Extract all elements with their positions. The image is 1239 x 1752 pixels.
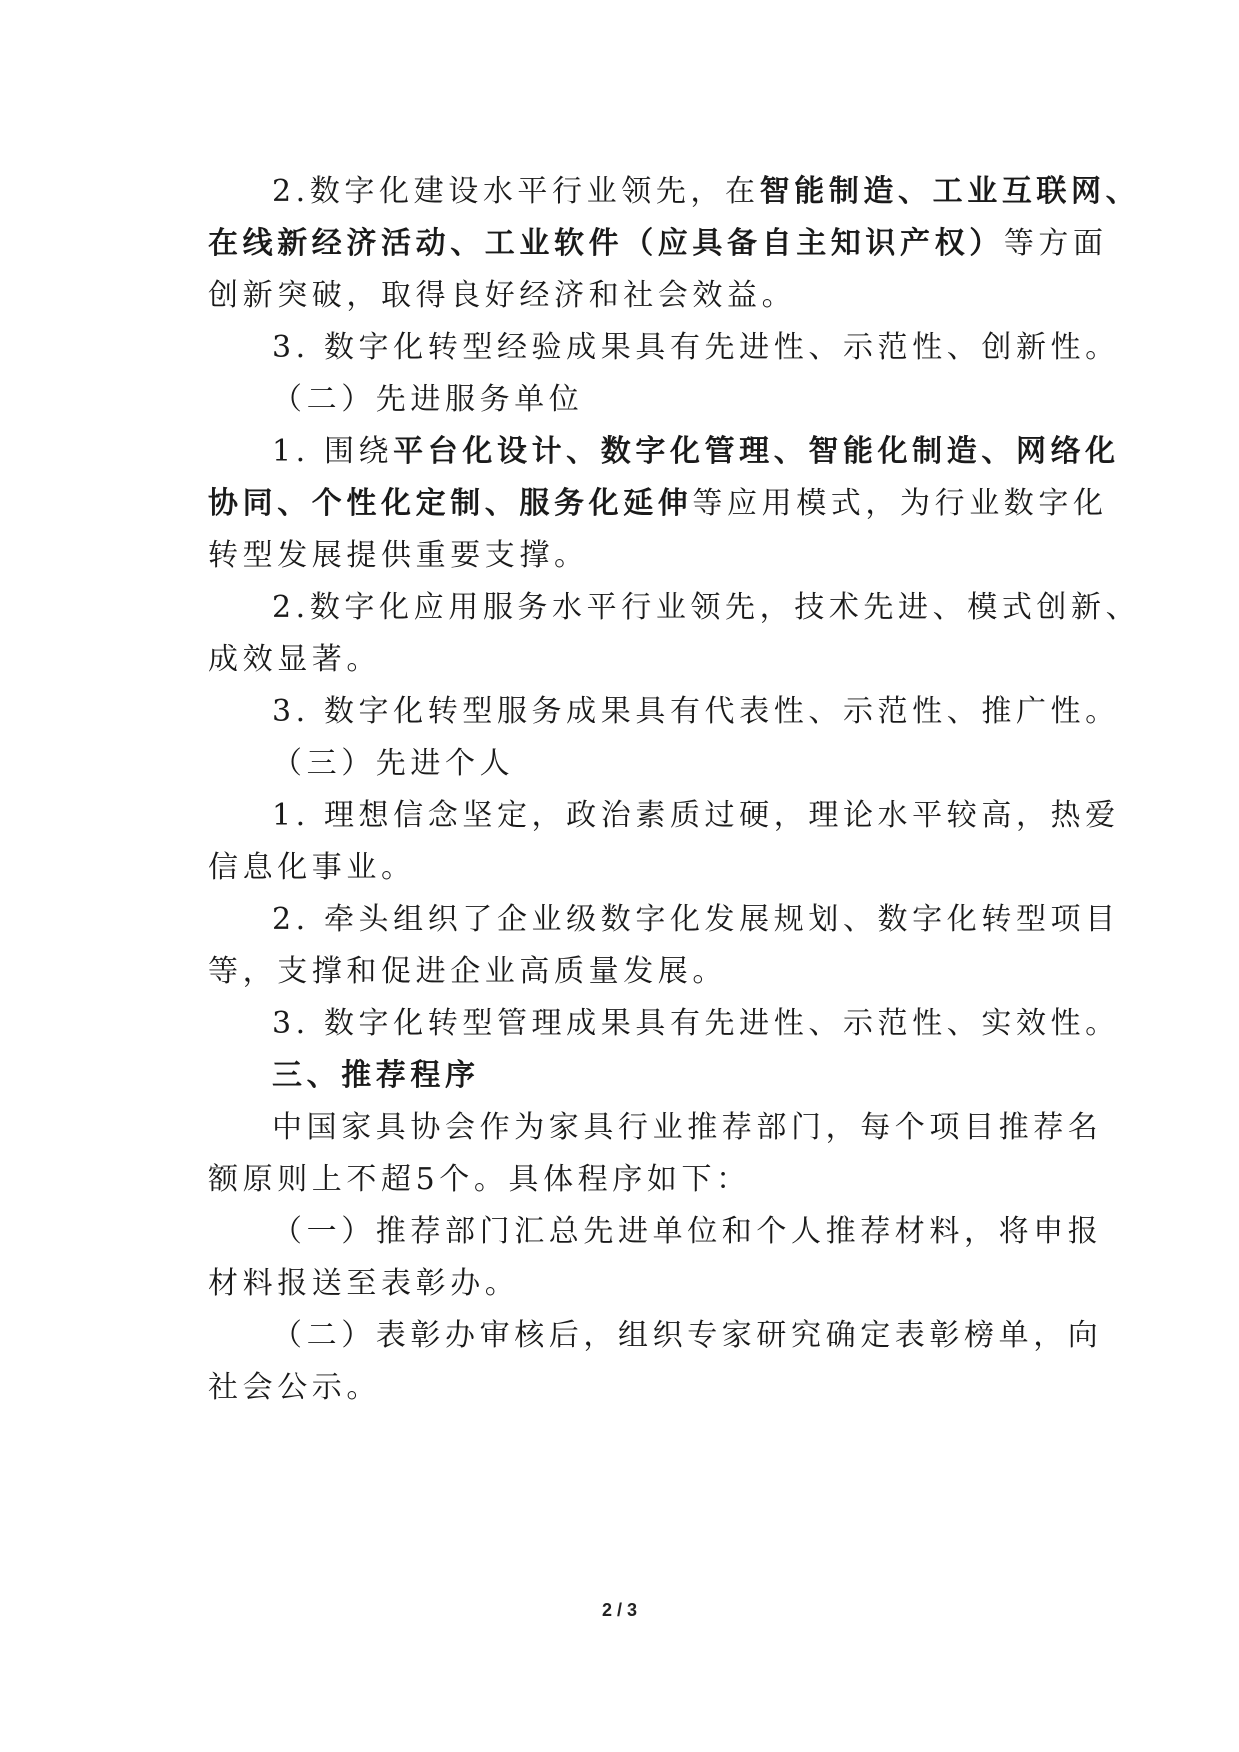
paragraph-line: 创新突破，取得良好经济和社会效益。 [208, 276, 1038, 316]
paragraph-line: （一）推荐部门汇总先进单位和个人推荐材料，将申报 [272, 1212, 1102, 1252]
bold-text: 在线新经济活动、工业软件（应具备自主知识产权） [208, 226, 1004, 261]
document-page: 2.数字化建设水平行业领先，在智能制造、工业互联网、 在线新经济活动、工业软件（… [0, 0, 1239, 1752]
text: 等方面 [1004, 226, 1108, 261]
paragraph-line: 2.数字化应用服务水平行业领先，技术先进、模式创新、 [272, 588, 1102, 628]
paragraph-line: 材料报送至表彰办。 [208, 1264, 1038, 1304]
paragraph-line: 2. 牵头组织了企业级数字化发展规划、数字化转型项目 [272, 900, 1102, 940]
paragraph-line: 中国家具协会作为家具行业推荐部门，每个项目推荐名 [272, 1108, 1102, 1148]
paragraph-line: （二）表彰办审核后，组织专家研究确定表彰榜单，向 [272, 1316, 1102, 1356]
paragraph-line: 3. 数字化转型管理成果具有先进性、示范性、实效性。 [272, 1004, 1102, 1044]
paragraph-line: 额原则上不超5个。具体程序如下： [208, 1160, 1038, 1200]
paragraph-line: 协同、个性化定制、服务化延伸等应用模式，为行业数字化 [208, 484, 1038, 524]
paragraph-line: 成效显著。 [208, 640, 1038, 680]
bold-text: 平台化设计、数字化管理、智能化制造、网络化 [393, 434, 1120, 469]
subsection-heading: （二）先进服务单位 [272, 380, 1102, 420]
paragraph-line: 2.数字化建设水平行业领先，在智能制造、工业互联网、 [272, 172, 1102, 212]
page-number: 2 / 3 [0, 1600, 1239, 1621]
bold-text: 智能制造、工业互联网、 [760, 174, 1141, 209]
paragraph-line: 1. 围绕平台化设计、数字化管理、智能化制造、网络化 [272, 432, 1102, 472]
paragraph-line: 信息化事业。 [208, 848, 1038, 888]
text: 等应用模式，为行业数字化 [692, 486, 1107, 521]
subsection-heading: （三）先进个人 [272, 744, 1102, 784]
paragraph-line: 1. 理想信念坚定，政治素质过硬，理论水平较高，热爱 [272, 796, 1102, 836]
paragraph-line: 在线新经济活动、工业软件（应具备自主知识产权）等方面 [208, 224, 1038, 264]
paragraph-line: 转型发展提供重要支撑。 [208, 536, 1038, 576]
paragraph-line: 3. 数字化转型服务成果具有代表性、示范性、推广性。 [272, 692, 1102, 732]
section-heading: 三、推荐程序 [272, 1056, 1102, 1096]
text: 1. 围绕 [272, 434, 393, 469]
paragraph-line: 3. 数字化转型经验成果具有先进性、示范性、创新性。 [272, 328, 1102, 368]
paragraph-line: 等，支撑和促进企业高质量发展。 [208, 952, 1038, 992]
bold-text: 协同、个性化定制、服务化延伸 [208, 486, 692, 521]
text: 2.数字化建设水平行业领先，在 [272, 174, 760, 209]
paragraph-line: 社会公示。 [208, 1368, 1038, 1408]
